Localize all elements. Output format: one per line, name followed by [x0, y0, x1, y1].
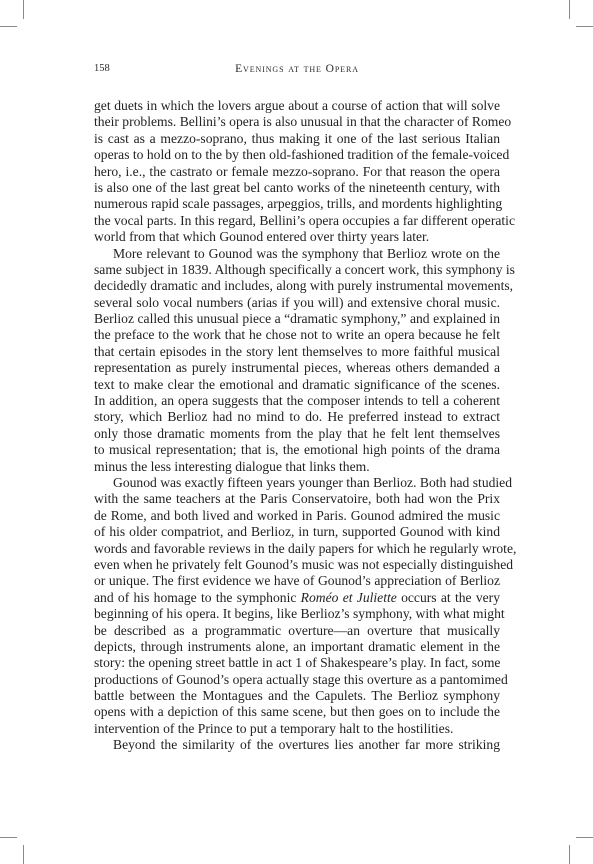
crop-mark-top-right-h — [576, 26, 593, 27]
text-line: that certain episodes in the story lent … — [94, 344, 500, 360]
text-line: beginning of his opera. It begins, like … — [94, 606, 500, 622]
text-line: de Rome, and both lived and worked in Pa… — [94, 508, 500, 524]
crop-mark-top-left-v — [23, 0, 24, 19]
body-text: get duets in which the lovers argue abou… — [94, 98, 500, 754]
text-line: operas to hold on to the by then old-fas… — [94, 147, 500, 163]
crop-mark-top-right-v — [569, 0, 570, 19]
text-line: with the same teachers at the Paris Cons… — [94, 491, 500, 507]
text-line: representation as purely instrumental pi… — [94, 360, 500, 376]
crop-mark-bottom-right-h — [576, 837, 593, 838]
crop-mark-bottom-left-h — [0, 837, 17, 838]
text-line: story, which Berlioz had no mind to do. … — [94, 409, 500, 425]
text-line: opens with a depiction of this same scen… — [94, 704, 500, 720]
crop-mark-bottom-left-v — [23, 845, 24, 864]
text-line: text to make clear the emotional and dra… — [94, 377, 500, 393]
text-line: or unique. The first evidence we have of… — [94, 573, 500, 589]
paragraph: get duets in which the lovers argue abou… — [94, 98, 500, 246]
page-header: 158 Evenings at the Opera — [94, 63, 500, 79]
text-line: More relevant to Gounod was the symphony… — [94, 246, 500, 262]
text-line: decidedly dramatic and includes, along w… — [94, 278, 500, 294]
text-line: In addition, an opera suggests that the … — [94, 393, 500, 409]
text-line: is cast as a mezzo-soprano, thus making … — [94, 131, 500, 147]
text-line: numerous rapid scale passages, arpeggios… — [94, 196, 500, 212]
text-line: world from that which Gounod entered ove… — [94, 229, 500, 245]
paragraph: More relevant to Gounod was the symphony… — [94, 246, 500, 475]
paragraph: Gounod was exactly fifteen years younger… — [94, 475, 500, 737]
text-line: hero, i.e., the castrato or female mezzo… — [94, 164, 500, 180]
crop-mark-bottom-right-v — [569, 845, 570, 864]
text-line: Beyond the similarity of the overtures l… — [94, 737, 500, 753]
text-line: several solo vocal numbers (arias if you… — [94, 295, 500, 311]
text-line: words and favorable reviews in the daily… — [94, 541, 500, 557]
text-line: intervention of the Prince to put a temp… — [94, 721, 500, 737]
text-line: the vocal parts. In this regard, Bellini… — [94, 213, 500, 229]
text-line: story: the opening street battle in act … — [94, 655, 500, 671]
text-line: minus the less interesting dialogue that… — [94, 459, 500, 475]
running-title: Evenings at the Opera — [94, 63, 500, 75]
text-line: of his older compatriot, and Berlioz, in… — [94, 524, 500, 540]
text-line: depicts, through instruments alone, an i… — [94, 639, 500, 655]
work-title: Roméo et Juliette — [301, 590, 397, 605]
text-line: to musical representation; that is, the … — [94, 442, 500, 458]
text-line: Gounod was exactly fifteen years younger… — [94, 475, 500, 491]
text-line: productions of Gounod’s opera actually s… — [94, 672, 500, 688]
text-line: is also one of the last great bel canto … — [94, 180, 500, 196]
text-line: be described as a programmatic overture—… — [94, 623, 500, 639]
text-line: even when he privately felt Gounod’s mus… — [94, 557, 500, 573]
text-line: Berlioz called this unusual piece a “dra… — [94, 311, 500, 327]
text-line: battle between the Montagues and the Cap… — [94, 688, 500, 704]
text-line: same subject in 1839. Although specifica… — [94, 262, 500, 278]
text-line: and of his homage to the symphonic Roméo… — [94, 590, 500, 606]
crop-mark-top-left-h — [0, 26, 17, 27]
paragraph: Beyond the similarity of the overtures l… — [94, 737, 500, 753]
text-line: the preface to the work that he chose no… — [94, 327, 500, 343]
text-line: their problems. Bellini’s opera is also … — [94, 114, 500, 130]
text-line: get duets in which the lovers argue abou… — [94, 98, 500, 114]
text-line: only those dramatic moments from the pla… — [94, 426, 500, 442]
